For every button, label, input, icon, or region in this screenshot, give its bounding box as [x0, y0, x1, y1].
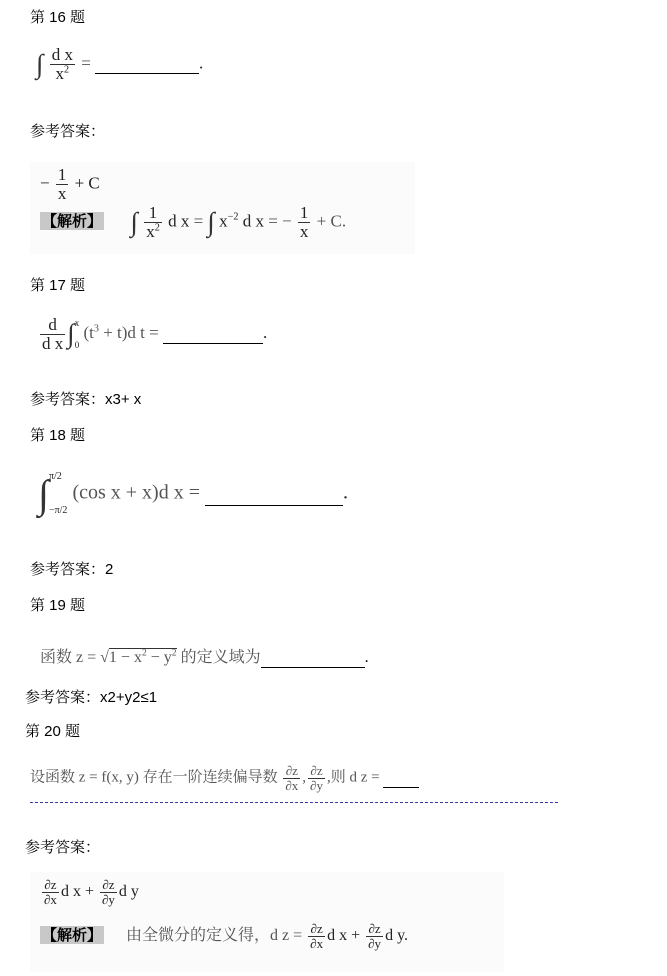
analysis-tag: 【解析】 — [40, 926, 104, 944]
question-16-answer-label: 参考答案： — [30, 120, 105, 141]
question-20-formula: 设函数 z = f(x, y) 存在一阶连续偏导数 ∂z∂x,∂z∂y,则 d … — [30, 764, 558, 803]
question-18-formula: ∫π/2−π/2 (cos x + x)d x = . — [38, 460, 348, 528]
question-19-formula: 函数 z = √1 − x2 − y2 的定义域为 . — [40, 644, 369, 668]
answer-blank — [261, 649, 365, 668]
question-16-formula: ∫ d x x2 = . — [36, 46, 203, 83]
question-17-answer: 参考答案：x3+ x — [30, 388, 141, 409]
answer-blank — [163, 323, 263, 344]
question-16-answer: − 1x + C — [40, 166, 100, 203]
question-19-answer: 参考答案：x2+y2≤1 — [25, 686, 157, 707]
question-18-answer: 参考答案：2 — [30, 558, 113, 579]
answer-blank — [205, 482, 343, 506]
question-20-answer: ∂z∂xd x + ∂z∂yd y — [40, 878, 139, 906]
analysis-tag: 【解析】 — [40, 212, 104, 230]
question-20-analysis: 【解析】 由全微分的定义得，d z = ∂z∂xd x + ∂z∂yd y. — [40, 922, 408, 950]
question-17-title: 第 17 题 — [30, 274, 85, 295]
question-16-analysis: 【解析】 ∫ 1x2 d x = ∫ x−2 d x = − 1x + C. — [40, 204, 346, 241]
question-18-title: 第 18 题 — [30, 424, 85, 445]
integral-sign: ∫ — [36, 49, 43, 79]
question-19-title: 第 19 题 — [30, 594, 85, 615]
question-20-title: 第 20 题 — [25, 720, 80, 741]
answer-blank — [95, 53, 199, 74]
question-20-answer-label: 参考答案： — [25, 836, 100, 857]
answer-blank — [383, 770, 419, 788]
question-16-title: 第 16 题 — [30, 6, 85, 27]
fraction: d x x2 — [50, 46, 75, 83]
question-17-formula: dd x∫x0 (t3 + t)d t = . — [38, 312, 267, 356]
